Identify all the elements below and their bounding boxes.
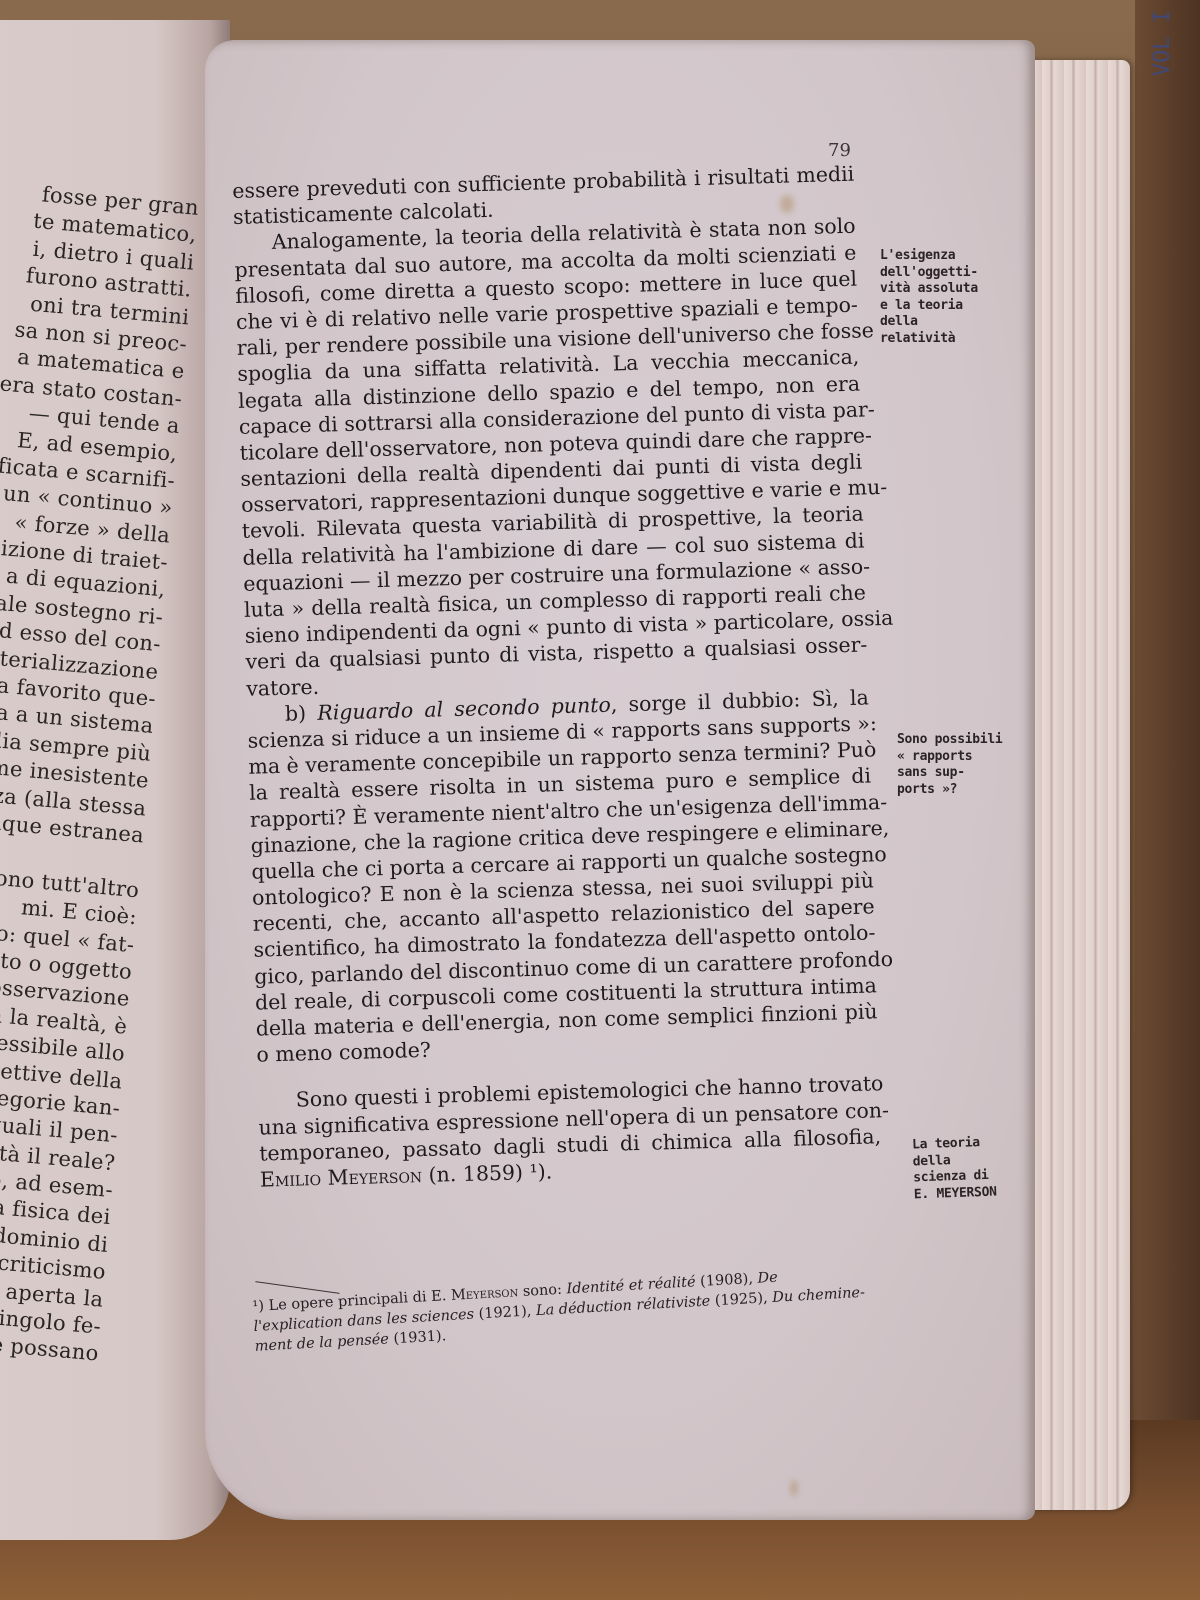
margin-note-line: relatività [880, 331, 978, 348]
margin-note-line: vità assoluta [880, 281, 978, 298]
margin-note-line: ports »? [897, 782, 1002, 799]
body-text: essere preveduti con sufficiente probabi… [232, 161, 882, 1193]
margin-note-line: e la teoria [880, 298, 978, 315]
margin-note-line: dell'oggetti- [880, 265, 978, 282]
paragraph-2: Analogamente, la teoria della relatività… [233, 213, 868, 702]
paper-stain [790, 1480, 798, 1496]
margin-note-line: sans sup- [897, 765, 1002, 782]
margin-note-meyerson: La teoriadellascienza diE. MEYERSON [912, 1135, 997, 1204]
margin-note-line: E. MEYERSON [914, 1184, 997, 1203]
author-name: Emilio Meyerson [260, 1163, 423, 1192]
paragraph-3: b) Riguardo al secondo punto, sorge il d… [247, 684, 879, 1068]
page-number: 79 [828, 140, 851, 161]
margin-note-line: « rapports [897, 749, 1002, 766]
margin-note-objectivity: L'esigenzadell'oggetti-vità assolutae la… [880, 248, 978, 347]
left-page: fosse per grante matematico,i, dietro i … [0, 20, 230, 1540]
paragraph-4: Sono questi i problemi epistemologici ch… [257, 1071, 882, 1193]
margin-note-rapports: Sono possibili« rapportssans sup-ports »… [897, 732, 1002, 798]
margin-note-line: L'esigenza [880, 248, 978, 265]
page-edges [1020, 60, 1130, 1510]
left-page-text: fosse per grante matematico,i, dietro i … [0, 172, 200, 1368]
margin-note-line: della [880, 314, 978, 331]
margin-note-line: Sono possibili [897, 732, 1002, 749]
book-spine [1135, 0, 1200, 1420]
spine-label: VOL I [1150, 10, 1175, 76]
